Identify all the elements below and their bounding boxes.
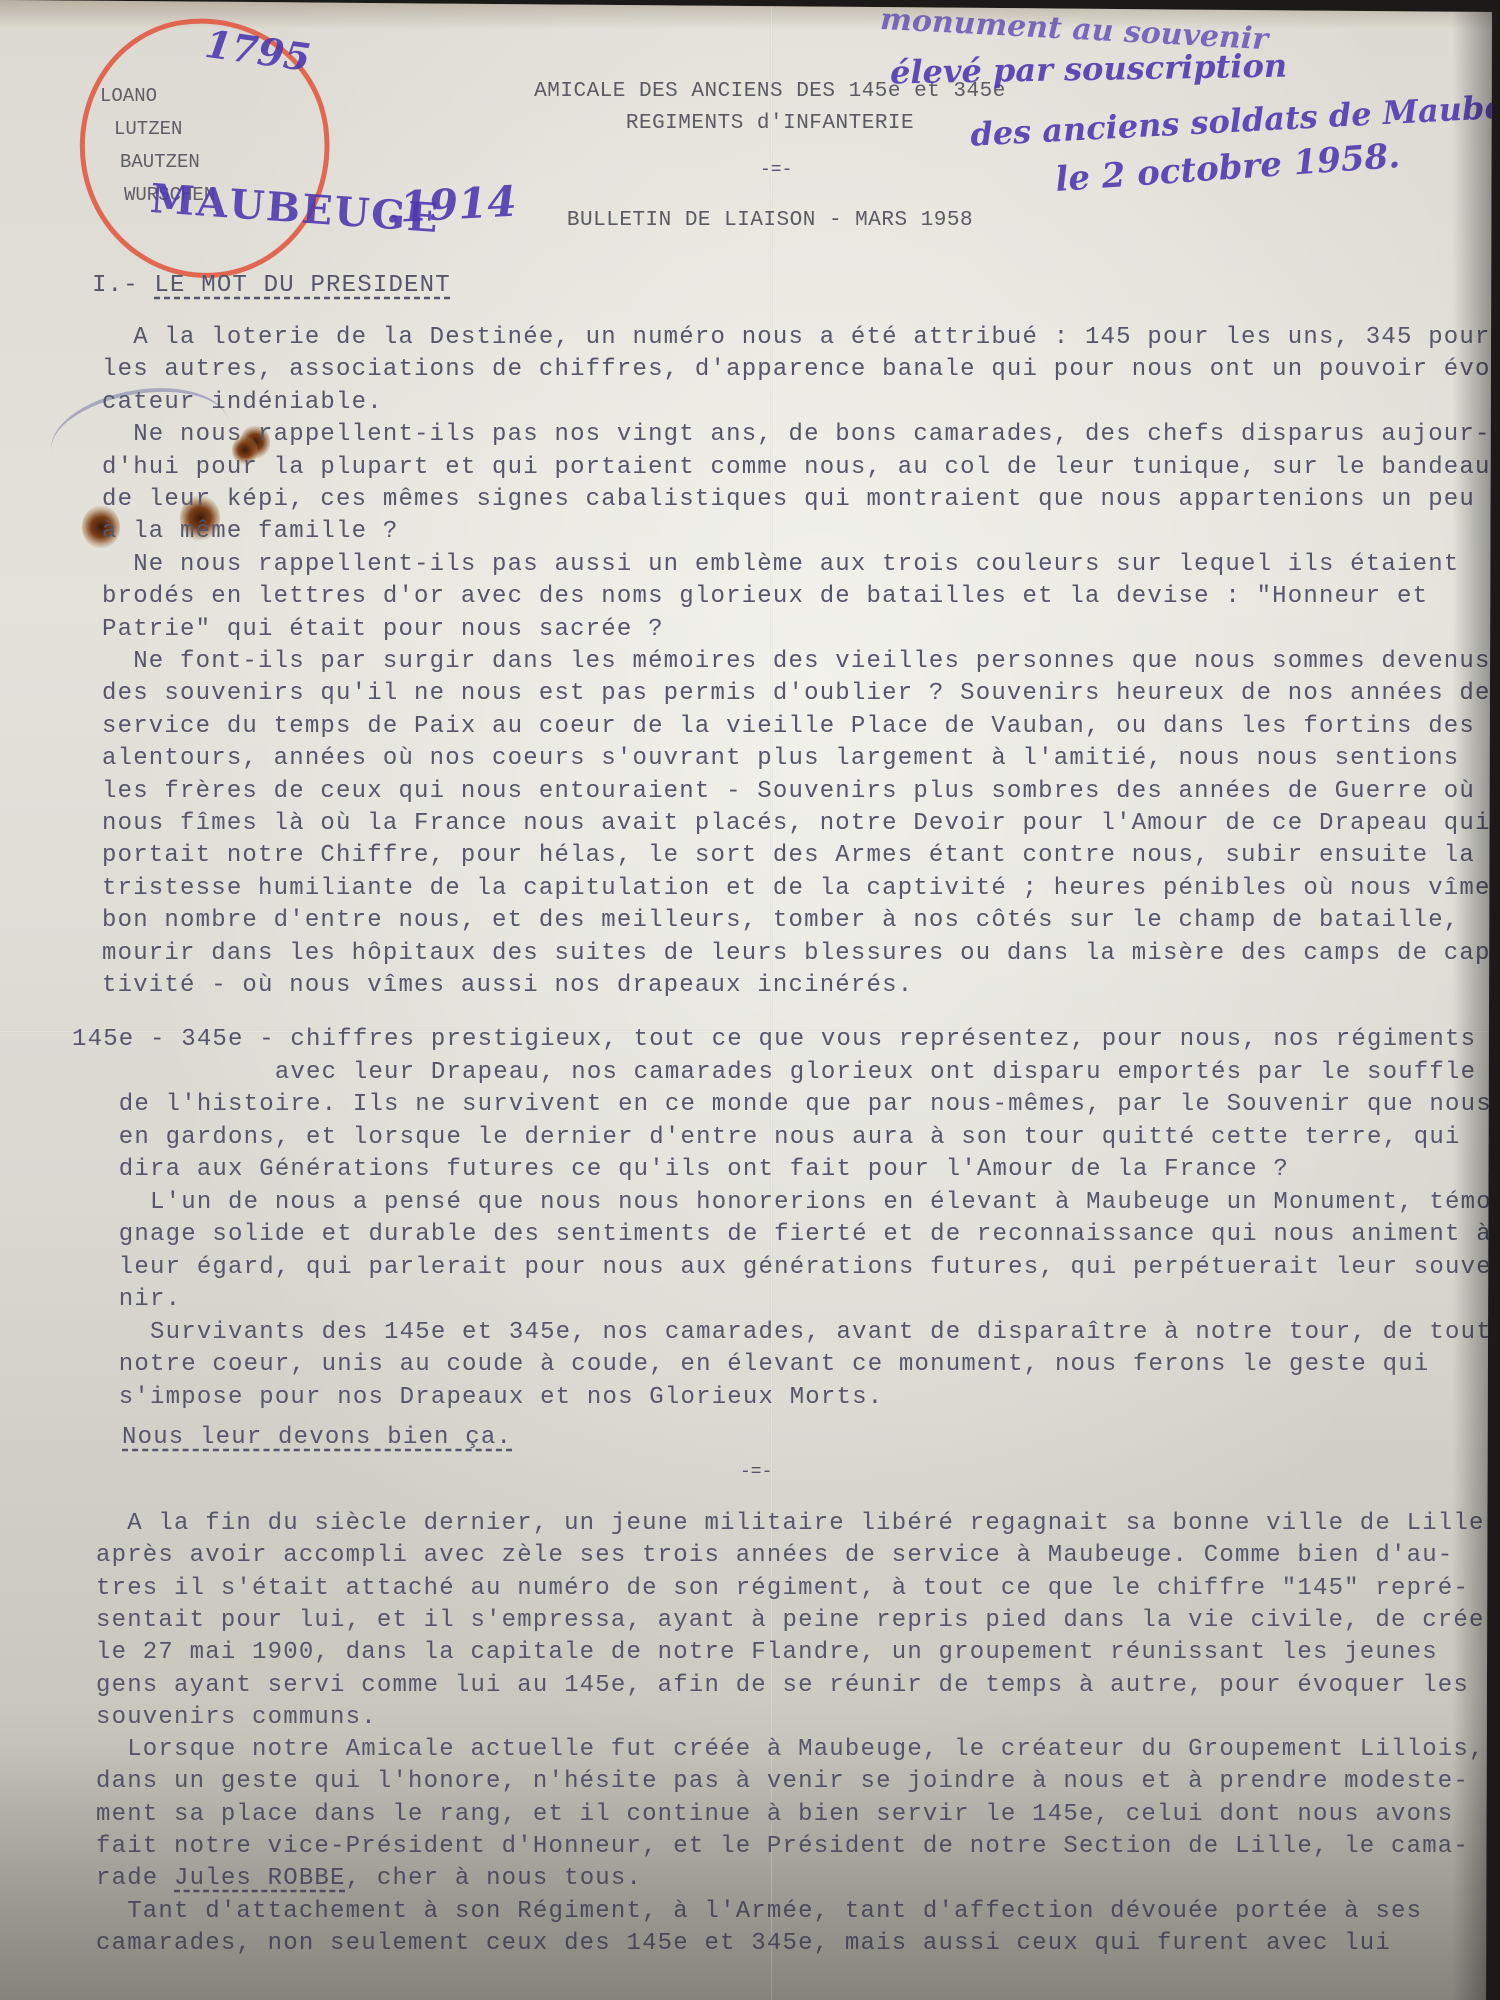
text-line: Ne nous rappellent-ils pas aussi un embl… xyxy=(102,549,1459,581)
text-line: tivité - où nous vîmes aussi nos drapeau… xyxy=(102,970,913,1002)
text-line: les frères de ceux qui nous entouraient … xyxy=(102,776,1475,808)
text-line: notre coeur, unis au coude à coude, en é… xyxy=(72,1349,1429,1381)
bulletin-title: BULLETIN DE LIAISON - MARS 1958 xyxy=(440,205,1100,237)
section-heading: I.- LE MOT DU PRESIDENT xyxy=(92,270,451,302)
text-line: Ne font-ils par surgir dans les mémoires… xyxy=(102,646,1500,678)
battle-name: LUTZEN xyxy=(100,113,215,146)
text-line: leur égard, qui parlerait pour nous aux … xyxy=(72,1252,1500,1284)
text-line: gnage solide et durable des sentiments d… xyxy=(72,1219,1492,1251)
text-line: les autres, associations de chiffres, d'… xyxy=(102,354,1500,386)
scan-shadow-right xyxy=(1452,0,1492,2000)
text-line: alentours, années où nos coeurs s'ouvran… xyxy=(102,743,1459,775)
text-line: le 27 mai 1900, dans la capitale de notr… xyxy=(96,1637,1438,1669)
text-line: gens ayant servi comme lui au 145e, afin… xyxy=(96,1670,1469,1702)
text-line: Ne nous rappellent-ils pas nos vingt ans… xyxy=(102,419,1491,451)
text-line: cateur indéniable. xyxy=(102,387,383,419)
text-line: avec leur Drapeau, nos camarades glorieu… xyxy=(72,1057,1476,1089)
text-line: en gardons, et lorsque le dernier d'entr… xyxy=(72,1122,1461,1154)
text-line: L'un de nous a pensé que nous nous honor… xyxy=(72,1187,1500,1219)
text-line: nir. xyxy=(72,1284,181,1316)
text-line: souvenirs communs. xyxy=(96,1702,377,1734)
text-line: Survivants des 145e et 345e, nos camarad… xyxy=(72,1317,1492,1349)
text-line: de leur képi, ces mêmes signes cabalisti… xyxy=(102,484,1475,516)
text-line: tristesse humiliante de la capitulation … xyxy=(102,873,1500,905)
header-separator: -=- xyxy=(760,160,792,180)
scan-shadow-bottom xyxy=(0,1740,1500,2000)
text-line: brodés en lettres d'or avec des noms glo… xyxy=(102,581,1428,613)
text-line: de l'histoire. Ils ne survivent en ce mo… xyxy=(72,1089,1492,1121)
text-line: bon nombre d'entre nous, et des meilleur… xyxy=(102,905,1459,937)
closing-line: Nous leur devons bien ça. xyxy=(122,1422,512,1454)
text-line: à la même famille ? xyxy=(102,516,398,548)
text-line: s'impose pour nos Drapeaux et nos Glorie… xyxy=(72,1382,883,1414)
text-line: après avoir accompli avec zèle ses trois… xyxy=(96,1540,1453,1572)
text-line: Patrie" qui était pour nous sacrée ? xyxy=(102,614,664,646)
text-line: portait notre Chiffre, pour hélas, le so… xyxy=(102,840,1475,872)
scanned-page: LOANO LUTZEN BAUTZEN WURSCHEN 1795 MAUBE… xyxy=(0,0,1492,2000)
text-line: A la fin du siècle dernier, un jeune mil… xyxy=(96,1508,1500,1540)
text-line: tres il s'était attaché au numéro de son… xyxy=(96,1573,1469,1605)
text-line: 145e - 345e - chiffres prestigieux, tout… xyxy=(72,1024,1476,1056)
section-separator: -=- xyxy=(740,1462,772,1482)
text-line: sentait pour lui, et il s'empressa, ayan… xyxy=(96,1605,1500,1637)
text-line: service du temps de Paix au coeur de la … xyxy=(102,711,1475,743)
section-title: LE MOT DU PRESIDENT xyxy=(154,272,450,299)
text-line: mourir dans les hôpitaux des suites de l… xyxy=(102,938,1500,970)
text-line: dira aux Générations futures ce qu'ils o… xyxy=(72,1154,1289,1186)
battle-name: BAUTZEN xyxy=(100,146,215,179)
text-line: des souvenirs qu'il ne nous est pas perm… xyxy=(102,678,1491,710)
text-line: nous fîmes là où la France nous avait pl… xyxy=(102,808,1491,840)
battle-name: LOANO xyxy=(100,80,215,113)
section-number: I.- xyxy=(92,272,139,299)
handwritten-note-line: élevé par souscription xyxy=(890,47,1288,92)
text-line: d'hui pour la plupart et qui portaient c… xyxy=(102,452,1491,484)
text-line: A la loterie de la Destinée, un numéro n… xyxy=(102,322,1491,354)
